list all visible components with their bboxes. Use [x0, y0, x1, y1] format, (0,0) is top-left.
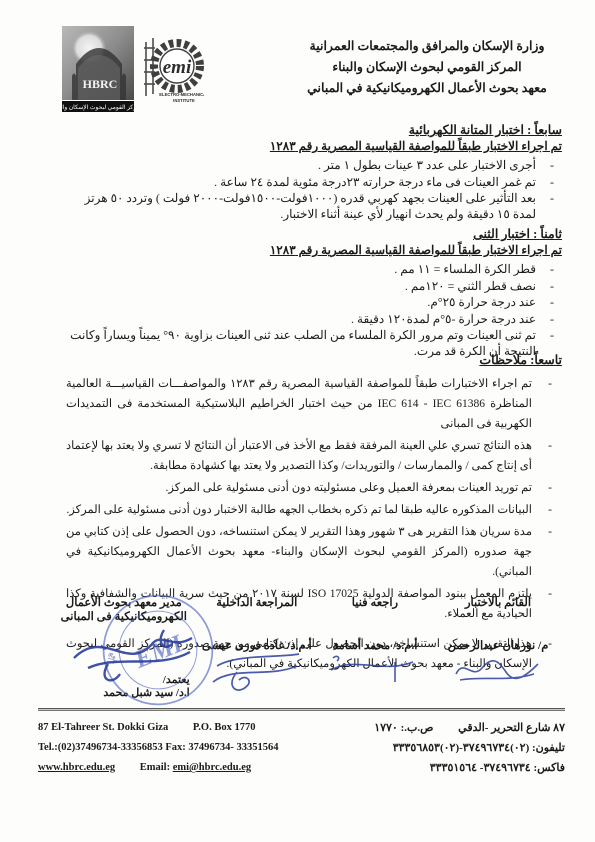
po-box-ar: ص.ب.: ١٧٧٠: [374, 722, 433, 734]
bullet-item: تم توريد العينات بمعرفة العميل وعلى مسئو…: [62, 478, 562, 498]
street-address-en: 87 El-Tahreer St. Dokki Giza: [38, 722, 168, 733]
website-link: www.hbrc.edu.eg: [38, 762, 115, 773]
role-label: المراجعة الداخلية: [198, 596, 316, 626]
ministry-name: وزارة الإسكان والمرافق والمجتمعات العمرا…: [291, 36, 563, 57]
tester-signature: [448, 652, 548, 686]
fax-ar: فاكس: ٣٧٤٩٦٧٣٤- ٣٣٣٥١٥٦٤: [374, 758, 565, 778]
bullet-item: نصف قطر الثني = ١٢٠مم .: [62, 279, 562, 295]
role-label: مدير معهد بحوث الأعمال الكهروميكانيكية ف…: [50, 596, 198, 626]
director-signature: [68, 624, 198, 694]
signer-name: م/ نورهان عبدالرحمن: [434, 638, 562, 652]
emi-caption-line2: INSTITUTE: [173, 98, 195, 103]
center-name: المركز القومي لبحوث الإسكان والبناء: [291, 57, 563, 78]
org-header: وزارة الإسكان والمرافق والمجتمعات العمرا…: [291, 36, 563, 99]
bullet-item: تم اجراء الاختبارات طبقاً للمواصفة القيا…: [62, 374, 562, 434]
bullet-item: بعد التأثير على العينات بجهد كهربي قدره …: [62, 191, 562, 222]
page-footer: 87 El-Tahreer St. Dokki Giza P.O. Box 17…: [38, 708, 565, 778]
footer-divider: [38, 708, 565, 711]
bullet-item: تم غمر العينات فى ماء درجة حرارته ٢٣درجة…: [62, 175, 562, 191]
internal-reviewer-signature: [207, 652, 307, 696]
signature-column-director: مدير معهد بحوث الأعمال الكهروميكانيكية ف…: [50, 596, 198, 696]
section-subtitle: تم اجراء الاختبار طبقاً للمواصفة القياسي…: [62, 138, 562, 155]
role-label: راجعه فنيا: [316, 596, 434, 626]
bullet-item: مدة سريان هذا التقرير هى ٣ شهور وهذا الت…: [62, 522, 562, 582]
fax-en: Fax: 37496734- 33351564: [165, 742, 278, 753]
email-label: Email:: [140, 762, 170, 773]
street-address-ar: ٨٧ شارع التحرير -الدقي: [458, 722, 565, 734]
bullet-list: قطر الكرة الملساء = ١١ مم . نصف قطر الثن…: [62, 262, 562, 359]
section-title: تاسعاً: ملاحظات: [62, 352, 562, 368]
emi-logo: emi ELECTRO-MECHANICAL INSTITUTE: [140, 34, 204, 108]
footer-english: 87 El-Tahreer St. Dokki Giza P.O. Box 17…: [38, 718, 279, 778]
role-label: القائم بالاختبار: [434, 596, 562, 626]
bullet-list: أجرى الاختبار على عدد ٣ عينات بطول ١ متر…: [62, 158, 562, 222]
page-header: HBRC المركز القومي لبحوث الإسكان والبناء…: [60, 24, 565, 116]
signature-column-internal-review: المراجعة الداخلية أ.م.د/ غادة فوزى عيسى: [198, 596, 316, 696]
institute-name: معهد بحوث الأعمال الكهروميكانيكية في الم…: [291, 78, 563, 99]
report-page: HBRC المركز القومي لبحوث الإسكان والبناء…: [0, 0, 595, 842]
bullet-item: هذه النتائج تسري علي العينة المرفقة فقط …: [62, 436, 562, 476]
section-subtitle: تم اجراء الاختبار طبقاً للمواصفة القياسي…: [62, 242, 562, 259]
bullet-item: قطر الكرة الملساء = ١١ مم .: [62, 262, 562, 278]
email-link: emi@hbrc.edu.eg: [173, 762, 251, 773]
signer-name: أ.م.د/ غادة فوزى عيسى: [198, 638, 316, 652]
footer-arabic: ٨٧ شارع التحرير -الدقي ص.ب.: ١٧٧٠ تليفون…: [374, 718, 565, 778]
emi-caption-line1: ELECTRO-MECHANICAL: [159, 92, 204, 97]
hbrc-logo: HBRC المركز القومي لبحوث الإسكان والبناء: [62, 26, 134, 112]
signature-block: القائم بالاختبار م/ نورهان عبدالرحمن راج…: [50, 596, 562, 708]
bullet-item: عند درجة حرارة -٥°م لمدة١٢٠ دقيقة .: [62, 312, 562, 328]
emi-acronym: emi: [163, 57, 192, 78]
hbrc-acronym: HBRC: [83, 77, 118, 91]
section-title: ثامناً : اختبار الثنى: [62, 226, 562, 242]
signature-column-tester: القائم بالاختبار م/ نورهان عبدالرحمن: [434, 596, 562, 696]
bullet-item: أجرى الاختبار على عدد ٣ عينات بطول ١ متر…: [62, 158, 562, 174]
section-bending-test: ثامناً : اختبار الثنى تم اجراء الاختبار …: [62, 226, 562, 360]
po-box-en: P.O. Box 1770: [193, 722, 256, 733]
signer-name: أ.م.د/ محمد أسامة: [316, 638, 434, 652]
hbrc-caption: المركز القومي لبحوث الإسكان والبناء: [62, 104, 134, 111]
bullet-item: البيانات المذكوره عاليه طبقا لما تم ذكره…: [62, 500, 562, 520]
section-title: سابعاً : اختبار المتانة الكهربائية: [62, 122, 562, 138]
telephone-ar: تليفون: (٠٢)٣٧٤٩٦٧٣٤-(٠٢)٣٣٣٥٦٨٥٣: [374, 738, 565, 758]
technical-reviewer-signature: [325, 652, 425, 686]
bullet-item: عند درجة حرارة ٢٥°م.: [62, 295, 562, 311]
signature-column-technical-review: راجعه فنيا أ.م.د/ محمد أسامة: [316, 596, 434, 696]
section-electrical-strength-test: سابعاً : اختبار المتانة الكهربائية تم اج…: [62, 122, 562, 223]
telephone-en: Tel.:(02)37496734-33356853: [38, 742, 163, 753]
